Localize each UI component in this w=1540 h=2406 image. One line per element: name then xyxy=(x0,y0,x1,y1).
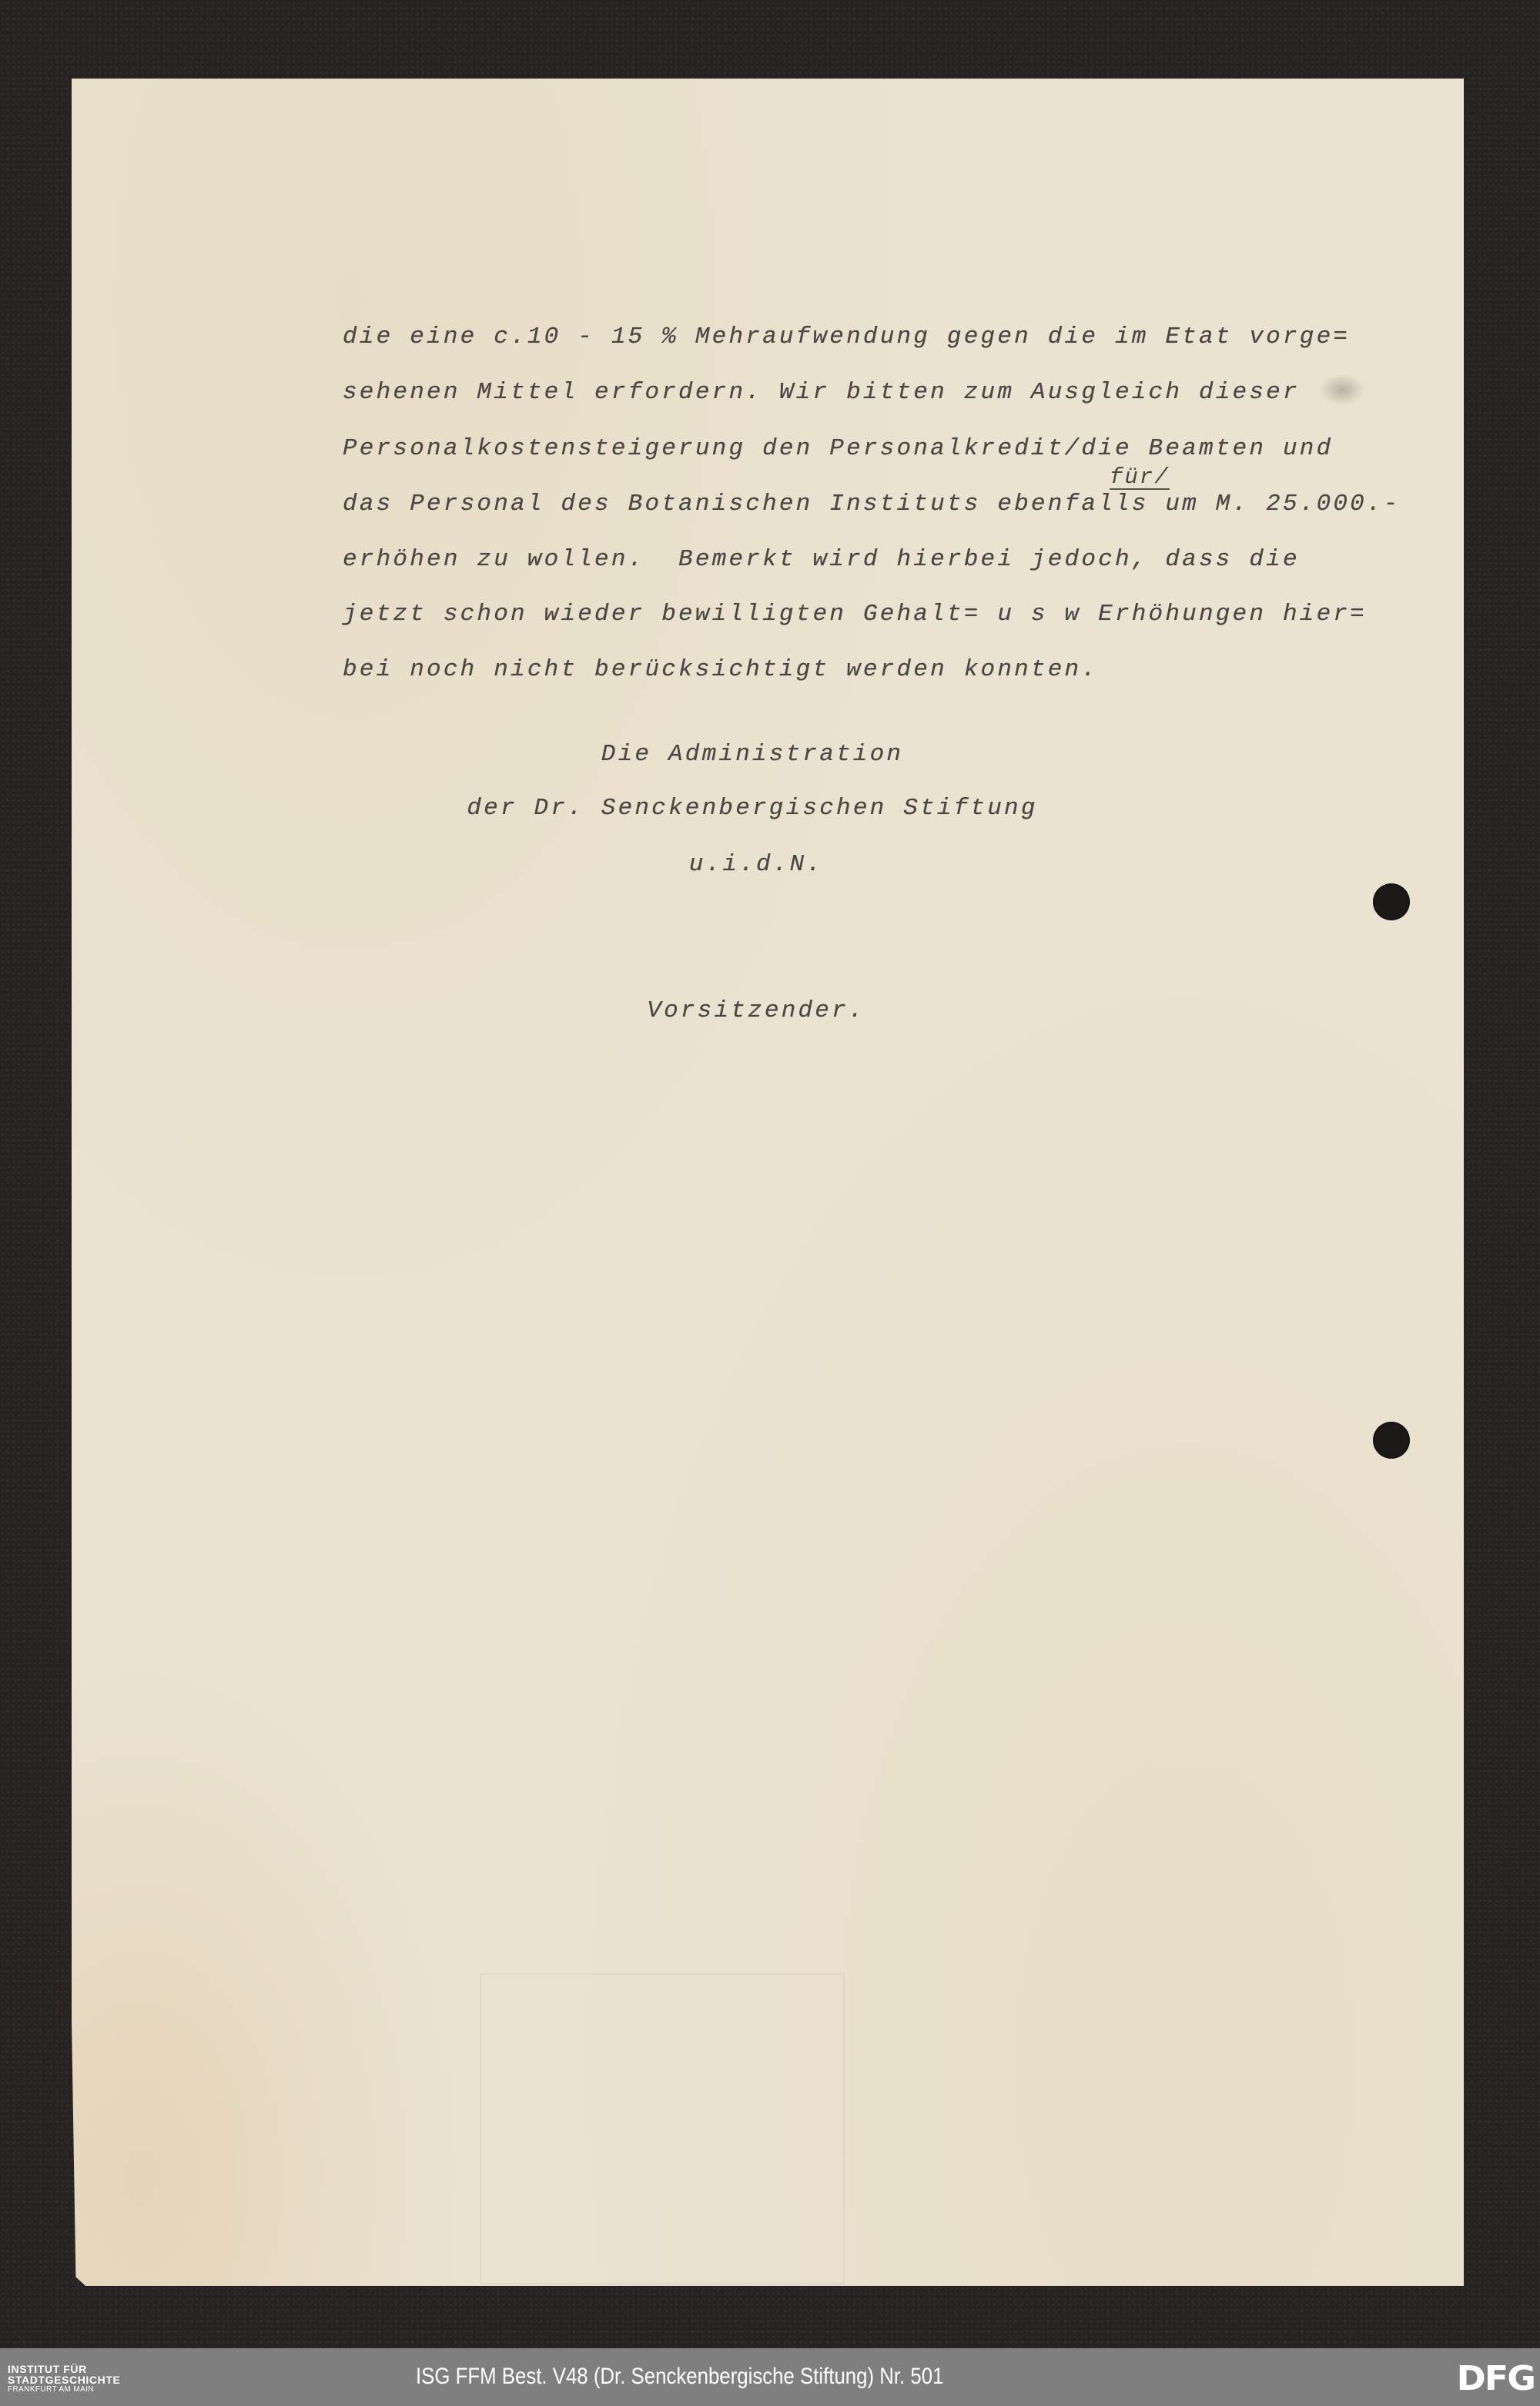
punch-hole-bottom xyxy=(1373,1422,1410,1459)
bleed-through-stamp xyxy=(480,1973,845,2284)
institution-name-line-2: STADTGESCHICHTE xyxy=(8,2374,120,2385)
body-line-5: erhöhen zu wollen. Bemerkt wird hierbei … xyxy=(343,548,1300,571)
institution-logo: INSTITUT FÜR STADTGESCHICHTE FRANKFURT A… xyxy=(8,2364,120,2394)
handwritten-insertion: für/ xyxy=(1110,466,1170,490)
institution-name-line-1: INSTITUT FÜR xyxy=(8,2364,120,2374)
body-line-6: jetzt schon wieder bewilligten Gehalt= u… xyxy=(343,602,1367,626)
institution-location: FRANKFURT AM MAIN xyxy=(8,2386,120,2394)
signature-line-3: u.i.d.N. xyxy=(60,853,1452,876)
body-line-7: bei noch nicht berücksichtigt werden kon… xyxy=(343,658,1098,682)
dfg-logo: DFG xyxy=(1457,2361,1535,2395)
signature-line-2: der Dr. Senckenbergischen Stiftung xyxy=(56,796,1448,820)
body-line-2: sehenen Mittel erfordern. Wir bitten zum… xyxy=(343,380,1300,404)
body-line-4: das Personal des Botanischen Instituts e… xyxy=(343,492,1401,516)
body-line-1: die eine c.10 - 15 % Mehraufwendung gege… xyxy=(343,325,1350,349)
signature-line-1: Die Administration xyxy=(56,742,1448,766)
footer-bar: INSTITUT FÜR STADTGESCHICHTE FRANKFURT A… xyxy=(0,2348,1540,2406)
scan-area: die eine c.10 - 15 % Mehraufwendung gege… xyxy=(0,0,1540,2348)
archive-reference-title: ISG FFM Best. V48 (Dr. Senckenbergische … xyxy=(416,2364,943,2390)
body-line-3: Personalkostensteigerung den Personalkre… xyxy=(343,437,1333,461)
signature-title: Vorsitzender. xyxy=(60,999,1452,1023)
document-page: die eine c.10 - 15 % Mehraufwendung gege… xyxy=(72,79,1464,2286)
erasure-smudge xyxy=(1319,374,1365,406)
punch-hole-top xyxy=(1373,883,1410,920)
